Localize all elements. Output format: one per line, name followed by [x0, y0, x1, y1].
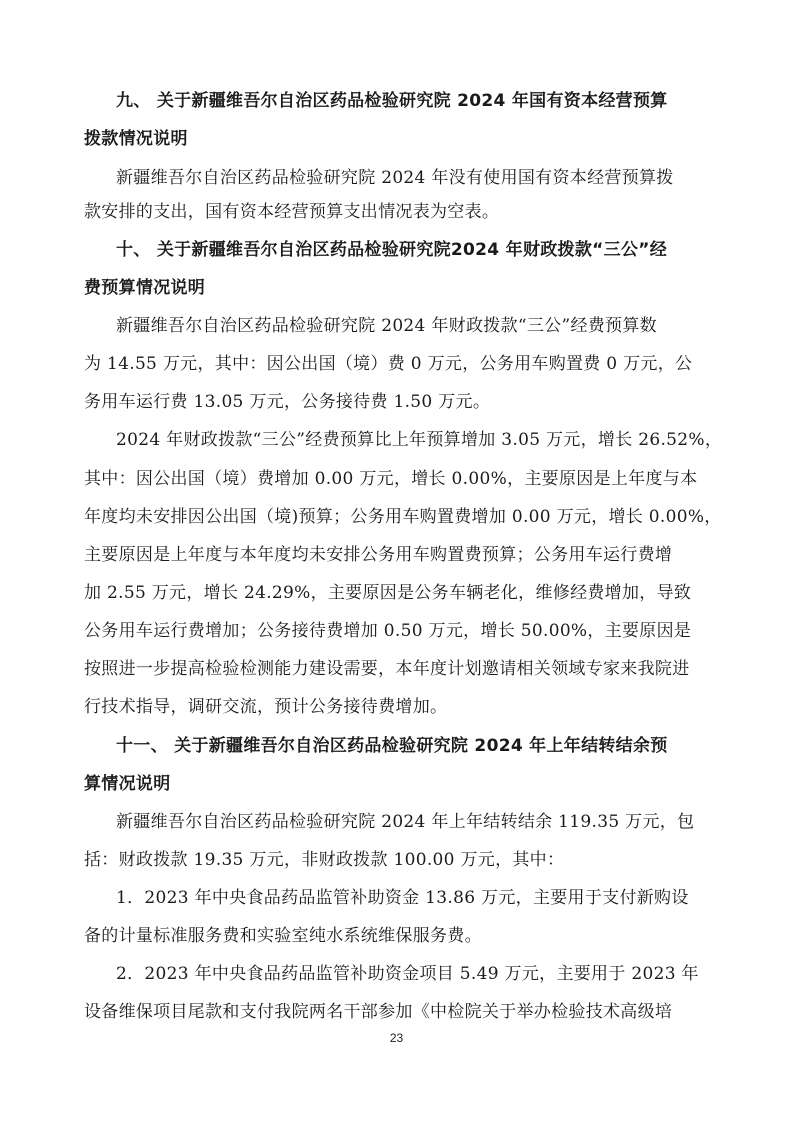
section-10-heading-line-1: 十、 关于新疆维吾尔自治区药品检验研究院2024 年财政拨款“三公”经 [84, 239, 742, 261]
page-number: 23 [0, 1031, 793, 1045]
section-10-heading-line-2: 费预算情况说明 [84, 277, 710, 299]
paragraph-line: 按照进一步提高检验检测能力建设需要，本年度计划邀请相关领域专家来我院进 [84, 658, 710, 680]
section-11-heading-line-1: 十一、 关于新疆维吾尔自治区药品检验研究院 2024 年上年结转结余预 [84, 735, 742, 757]
paragraph-line: 款安排的支出，国有资本经营预算支出情况表为空表。 [84, 201, 710, 223]
section-11-heading-line-2: 算情况说明 [84, 773, 710, 795]
paragraph-line: 行技术指导，调研交流，预计公务接待费增加。 [84, 696, 710, 718]
section-9-heading-line-2: 拨款情况说明 [84, 128, 710, 150]
list-item-1-line-2: 备的计量标准服务费和实验室纯水系统维保服务费。 [84, 925, 710, 947]
paragraph-line: 新疆维吾尔自治区药品检验研究院 2024 年财政拨款“三公”经费预算数 [84, 315, 742, 337]
paragraph-line: 括：财政拨款 19.35 万元，非财政拨款 100.00 万元，其中： [84, 849, 710, 871]
list-item-2-line-1: 2．2023 年中央食品药品监管补助资金项目 5.49 万元，主要用于 2023… [84, 963, 742, 985]
section-9-heading-line-1: 九、 关于新疆维吾尔自治区药品检验研究院 2024 年国有资本经营预算 [84, 90, 742, 112]
paragraph-line: 为 14.55 万元，其中：因公出国（境）费 0 万元，公务用车购置费 0 万元… [84, 353, 710, 375]
paragraph-line: 2024 年财政拨款“三公”经费预算比上年预算增加 3.05 万元，增长 26.… [84, 429, 742, 451]
list-item-2-line-2: 设备维保项目尾款和支付我院两名干部参加《中检院关于举办检验技术高级培 [84, 1001, 710, 1023]
paragraph-line: 公务用车运行费增加；公务接待费增加 0.50 万元，增长 50.00%，主要原因… [84, 620, 710, 642]
paragraph-line: 务用车运行费 13.05 万元，公务接待费 1.50 万元。 [84, 391, 710, 413]
paragraph-line: 加 2.55 万元，增长 24.29%，主要原因是公务车辆老化，维修经费增加，导… [84, 582, 710, 604]
paragraph-line: 主要原因是上年度与本年度均未安排公务用车购置费预算；公务用车运行费增 [84, 544, 710, 566]
list-item-1-line-1: 1．2023 年中央食品药品监管补助资金 13.86 万元，主要用于支付新购设 [84, 887, 742, 909]
paragraph-line: 其中：因公出国（境）费增加 0.00 万元，增长 0.00%，主要原因是上年度与… [84, 468, 710, 490]
paragraph-line: 新疆维吾尔自治区药品检验研究院 2024 年上年结转结余 119.35 万元，包 [84, 811, 742, 833]
paragraph-line: 新疆维吾尔自治区药品检验研究院 2024 年没有使用国有资本经营预算拨 [84, 167, 742, 189]
paragraph-line: 年度均未安排因公出国（境)预算；公务用车购置费增加 0.00 万元，增长 0.0… [84, 506, 710, 528]
